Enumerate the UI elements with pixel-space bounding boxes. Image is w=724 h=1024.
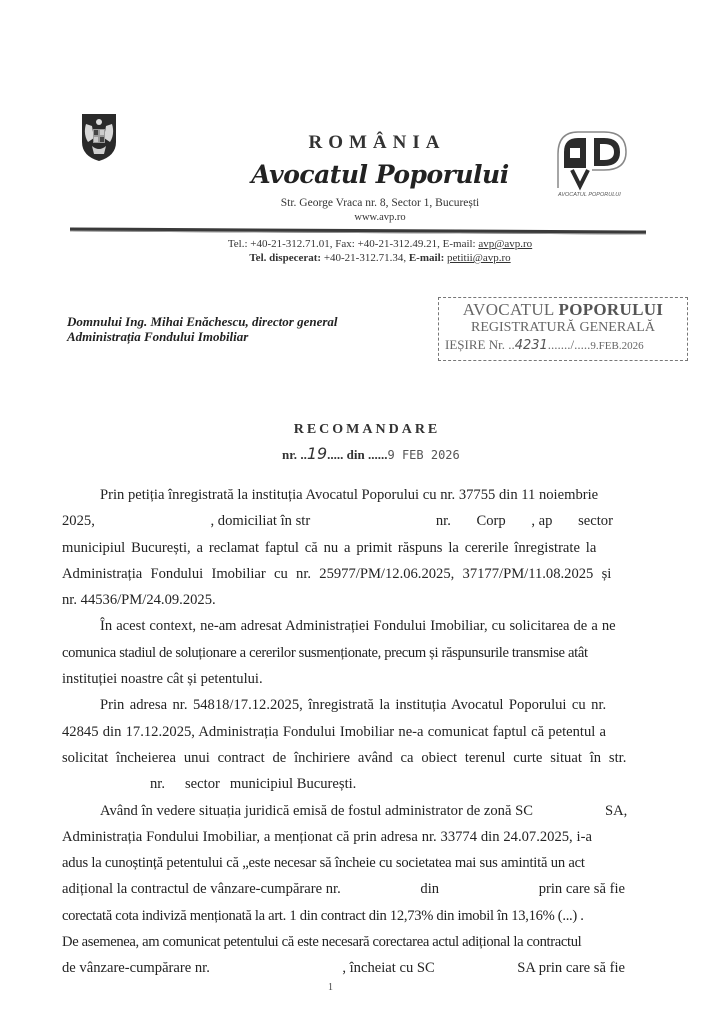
header-website-link[interactable]: www.avp.ro: [0, 212, 724, 223]
body-line: nr. 44536/PM/24.09.2025.: [62, 587, 625, 613]
header-institution-name: Avocatul Poporului: [0, 160, 724, 189]
petition-email-label: E-mail:: [409, 252, 444, 264]
petition-email-link[interactable]: petitii@avp.ro: [447, 252, 511, 264]
document-title: RECOMANDARE: [0, 422, 724, 438]
dispatch-tel: +40-21-312.71.34,: [321, 252, 409, 264]
paragraph-4: Având în vedere situația juridică emisă …: [62, 798, 625, 982]
body-line: solicitat încheierea unui contract de în…: [62, 745, 625, 771]
stamp-line-1: AVOCATUL POPORULUI: [439, 300, 687, 320]
recipient-block: Domnului Ing. Mihai Enăchescu, director …: [67, 314, 338, 344]
body-line: adus la cunoștință petentului că „este n…: [62, 850, 625, 876]
header-divider: [70, 227, 646, 234]
header-contact-line-1: Tel.: +40-21-312.71.01, Fax: +40-21-312.…: [0, 238, 724, 250]
body-line: În acest context, ne-am adresat Administ…: [62, 613, 625, 639]
body-line: corectată cota indiviză menționată la ar…: [62, 903, 625, 929]
document-body: Prin petiția înregistrată la instituția …: [62, 482, 625, 982]
body-line: De asemenea, am comunicat petentului că …: [62, 929, 625, 955]
body-line: Administrația Fondului Imobiliar cu nr. …: [62, 561, 625, 587]
dispatch-tel-label: Tel. dispecerat:: [249, 252, 321, 264]
paragraph-2: În acest context, ne-am adresat Administ…: [62, 613, 625, 692]
body-line: instituției noastre cât și petentului.: [62, 666, 625, 692]
body-line: 2025, , domiciliat în str nr. Corp , ap …: [62, 508, 625, 534]
body-line: Administrația Fondului Imobiliar, a menț…: [62, 824, 625, 850]
body-line: Având în vedere situația juridică emisă …: [62, 798, 625, 824]
document-number: 19: [307, 444, 327, 463]
document-number-line: nr. ..19..... din ......9 FEB 2026: [282, 444, 460, 463]
stamp-line-2: REGISTRATURĂ GENERALĂ: [439, 320, 687, 336]
header-country: ROMÂNIA: [0, 132, 724, 154]
body-line: adițional la contractul de vânzare-cumpă…: [62, 876, 625, 902]
header-address: Str. George Vraca nr. 8, Sector 1, Bucur…: [0, 197, 724, 209]
body-line: Prin petiția înregistrată la instituția …: [62, 482, 625, 508]
registry-stamp: AVOCATUL POPORULUI REGISTRATURĂ GENERALĂ…: [438, 297, 688, 361]
document-date: 9 FEB 2026: [388, 448, 460, 462]
contact-phones: Tel.: +40-21-312.71.01, Fax: +40-21-312.…: [228, 238, 479, 250]
body-line: nr.sectormunicipiul București.: [62, 771, 625, 797]
paragraph-1: Prin petiția înregistrată la instituția …: [62, 482, 625, 613]
header-contact-line-2: Tel. dispecerat: +40-21-312.71.34, E-mai…: [0, 252, 724, 264]
body-line: comunica stadiul de soluționare a cereri…: [62, 640, 625, 666]
body-line: 42845 din 17.12.2025, Administrația Fond…: [62, 719, 625, 745]
stamp-date: 9.FEB.2026: [590, 340, 643, 352]
body-line: de vânzare-cumpărare nr. , încheiat cu S…: [62, 955, 625, 981]
paragraph-3: Prin adresa nr. 54818/17.12.2025, înregi…: [62, 692, 625, 797]
stamp-line-3: IEȘIRE Nr. ..4231......./.....9.FEB.2026: [439, 337, 687, 353]
page-number: 1: [328, 982, 333, 993]
stamp-registry-number: 4231: [515, 338, 548, 353]
recipient-institution: Administrația Fondului Imobiliar: [67, 329, 338, 344]
contact-email-link[interactable]: avp@avp.ro: [478, 238, 532, 250]
recipient-name: Domnului Ing. Mihai Enăchescu, director …: [67, 314, 338, 329]
body-line: municipiul București, a reclamat faptul …: [62, 535, 625, 561]
body-line: Prin adresa nr. 54818/17.12.2025, înregi…: [62, 692, 625, 718]
